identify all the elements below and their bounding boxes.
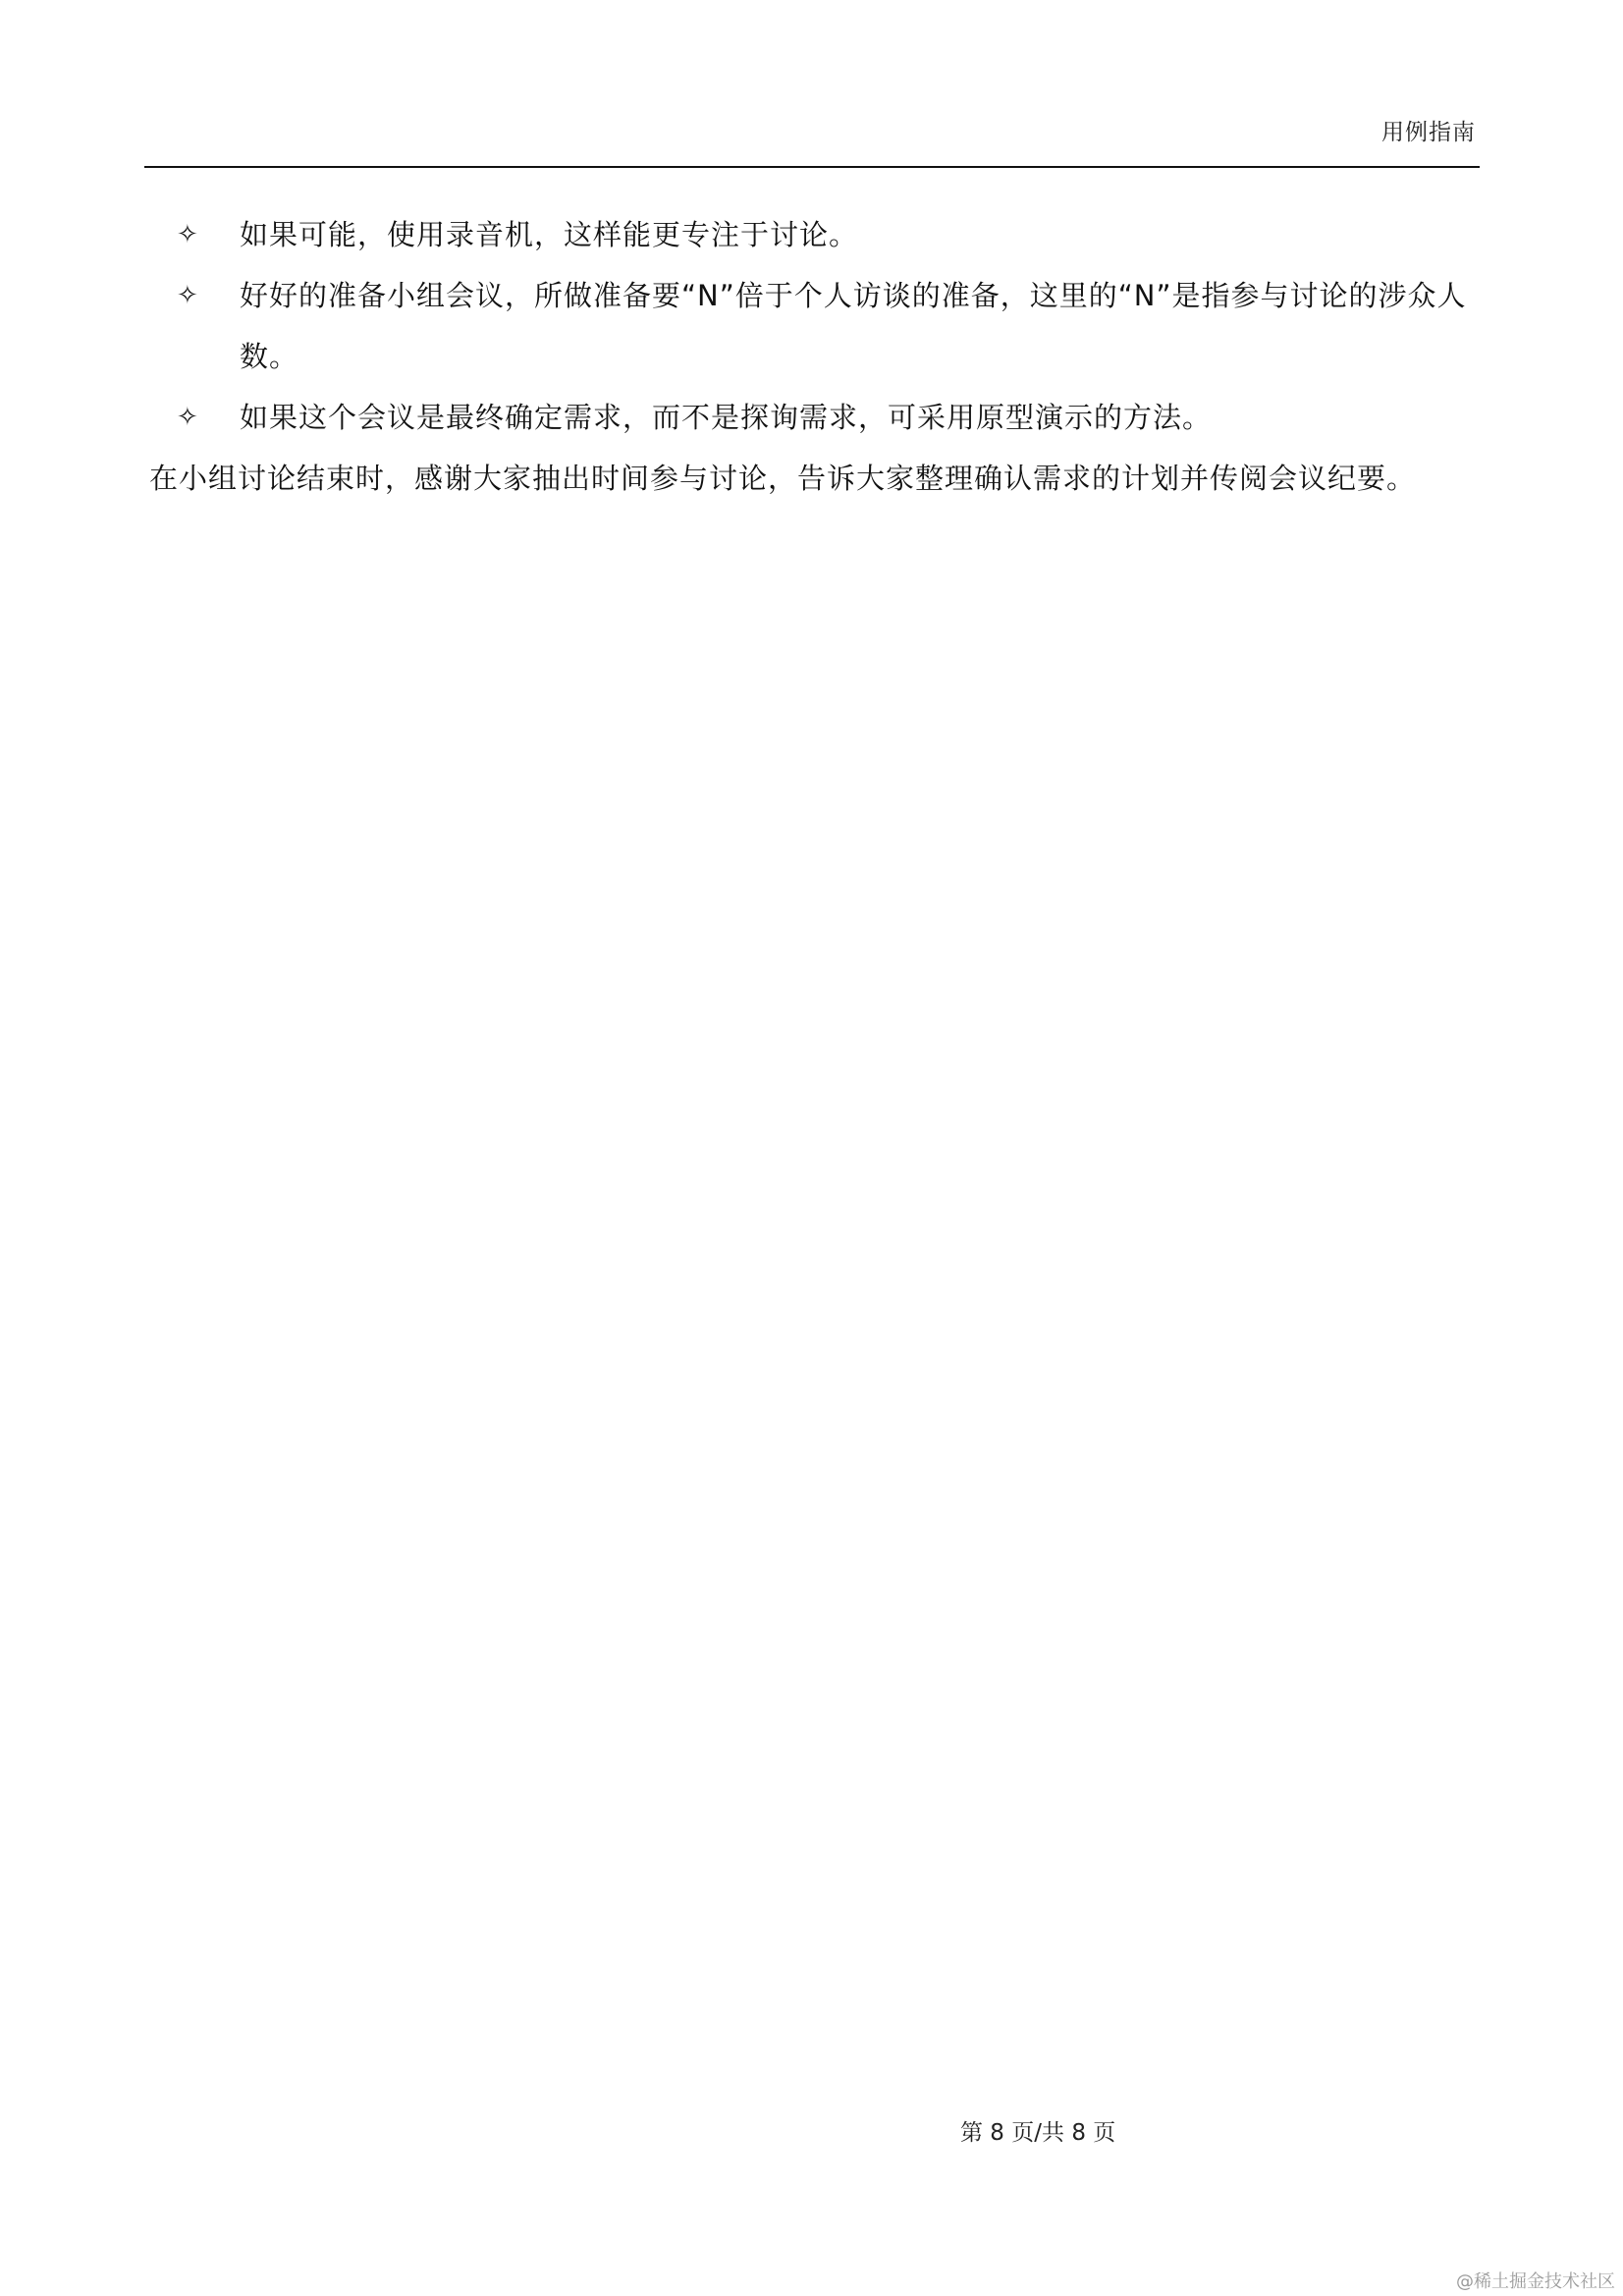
watermark: @稀土掘金技术社区	[1456, 2268, 1615, 2293]
four-point-star-icon: ✧	[177, 204, 198, 265]
header-title: 用例指南	[1381, 114, 1476, 146]
bullet-item: ✧ 好好的准备小组会议，所做准备要“N”倍于个人访谈的准备，这里的“N”是指参与…	[149, 265, 1485, 387]
four-point-star-icon: ✧	[177, 387, 198, 448]
document-body: ✧ 如果可能，使用录音机，这样能更专注于讨论。 ✧ 好好的准备小组会议，所做准备…	[149, 204, 1485, 509]
closing-paragraph: 在小组讨论结束时，感谢大家抽出时间参与讨论，告诉大家整理确认需求的计划并传阅会议…	[149, 448, 1485, 509]
bullet-item: ✧ 如果这个会议是最终确定需求，而不是探询需求，可采用原型演示的方法。	[149, 387, 1485, 448]
page-number: 第 8 页/共 8 页	[960, 2114, 1115, 2147]
bullet-item: ✧ 如果可能，使用录音机，这样能更专注于讨论。	[149, 204, 1485, 265]
bullet-text: 好好的准备小组会议，所做准备要“N”倍于个人访谈的准备，这里的“N”是指参与讨论…	[240, 265, 1485, 387]
header-divider	[144, 166, 1480, 168]
four-point-star-icon: ✧	[177, 265, 198, 326]
bullet-text: 如果这个会议是最终确定需求，而不是探询需求，可采用原型演示的方法。	[240, 387, 1485, 448]
bullet-text: 如果可能，使用录音机，这样能更专注于讨论。	[240, 204, 1485, 265]
